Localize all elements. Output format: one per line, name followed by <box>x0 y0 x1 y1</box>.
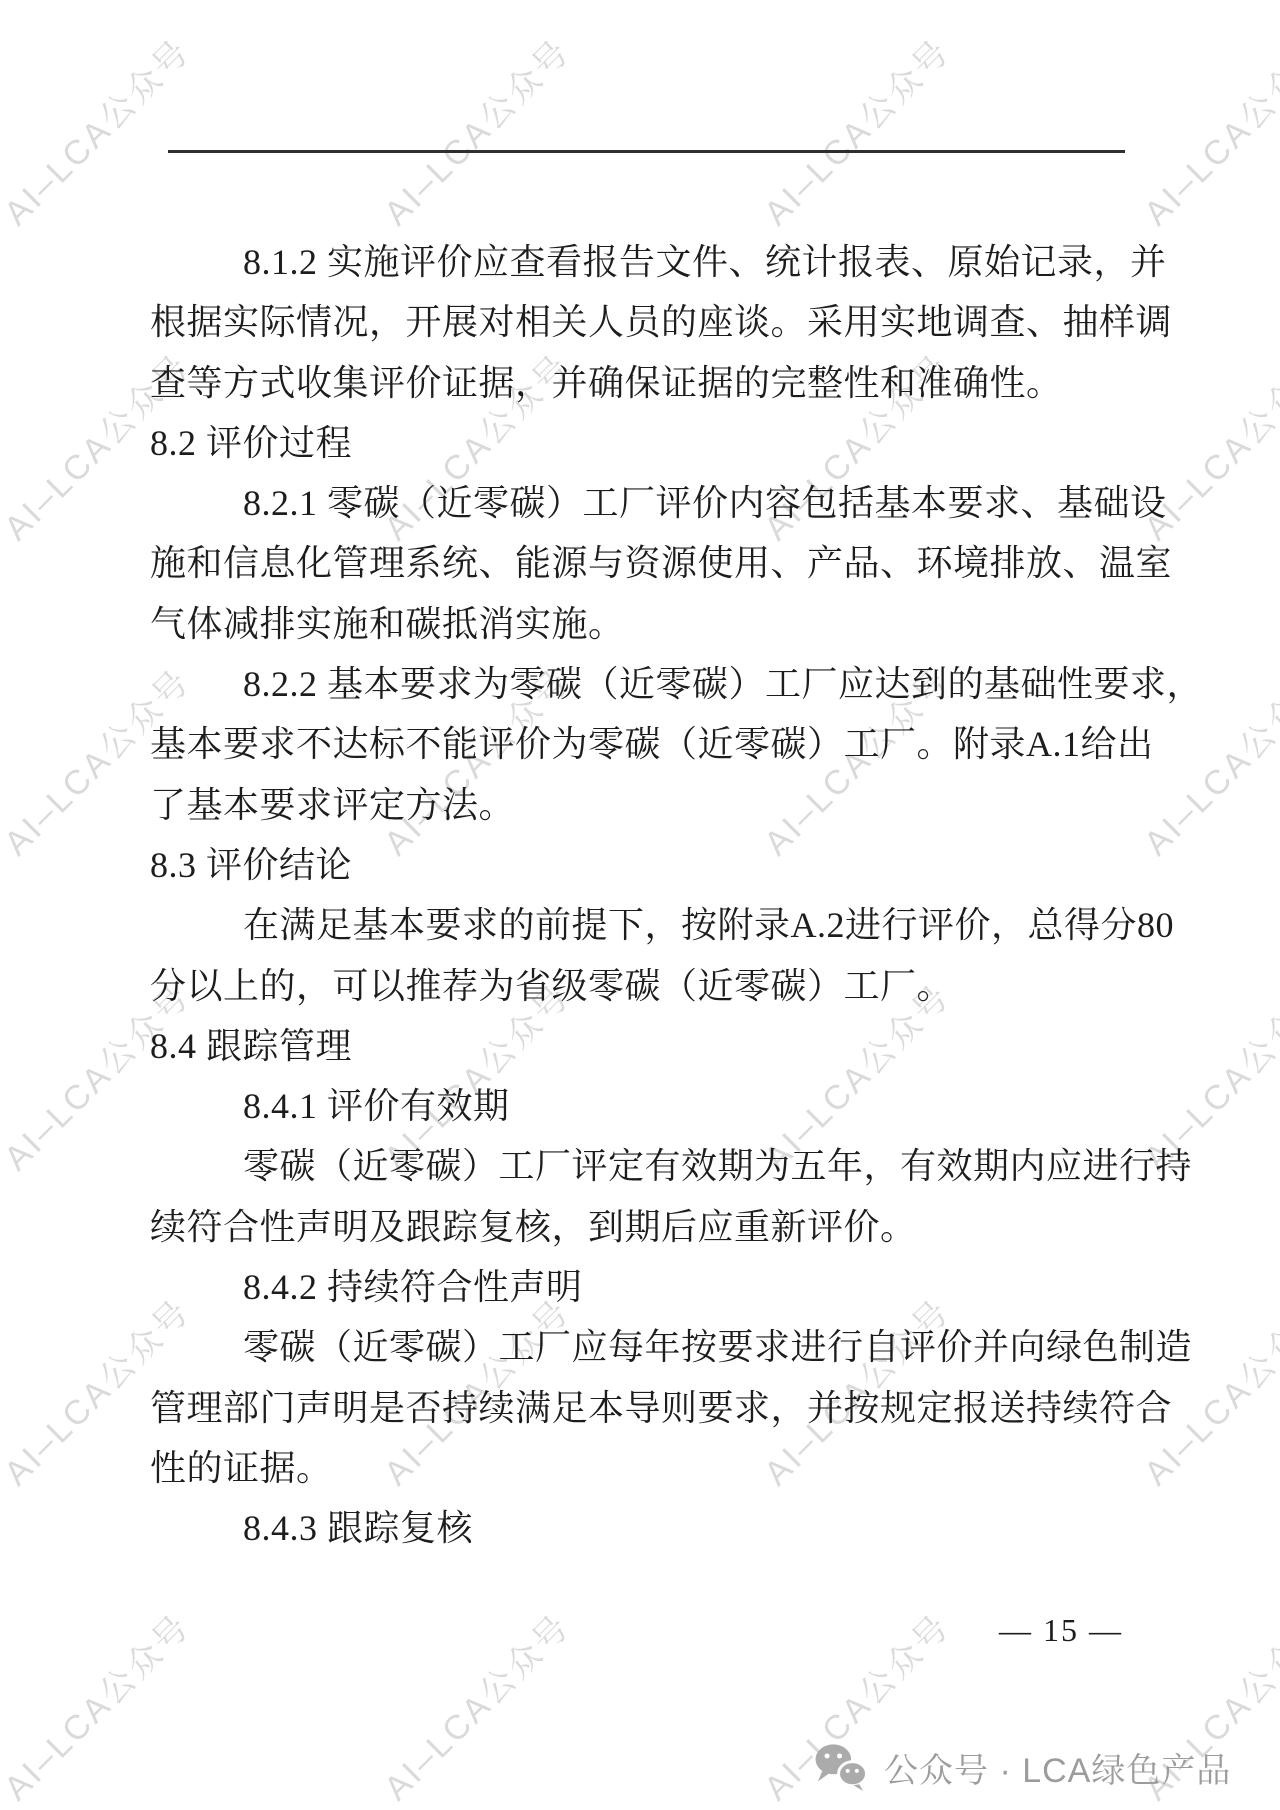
watermark-text: AI–LCA公众号 <box>0 1601 199 1810</box>
text-line: 8.1.2 实施评价应查看报告文件、统计报表、原始记录，并 <box>150 232 1124 292</box>
text-line: 根据实际情况，开展对相关人员的座谈。采用实地调查、抽样调 <box>150 292 1124 352</box>
text-line: 8.4.2 持续符合性声明 <box>150 1257 1124 1317</box>
text-line: 在满足基本要求的前提下，按附录A.2进行评价，总得分80 <box>150 895 1124 955</box>
heading-8-4-3: 8.4.3 跟踪复核 <box>150 1498 1124 1558</box>
para-8-4-1: 零碳（近零碳）工厂评定有效期为五年，有效期内应进行持续符合性声明及跟踪复核，到期… <box>150 1136 1124 1257</box>
text-line: 零碳（近零碳）工厂评定有效期为五年，有效期内应进行持 <box>150 1136 1124 1196</box>
heading-8-4-1: 8.4.1 评价有效期 <box>150 1076 1124 1136</box>
heading-8-4-2: 8.4.2 持续符合性声明 <box>150 1257 1124 1317</box>
text-line: 8.2 评价过程 <box>150 413 1124 473</box>
text-line: 分以上的，可以推荐为省级零碳（近零碳）工厂。 <box>150 956 1124 1016</box>
text-line: 基本要求不达标不能评价为零碳（近零碳）工厂。附录A.1给出 <box>150 714 1124 774</box>
para-8-4-2: 零碳（近零碳）工厂应每年按要求进行自评价并向绿色制造管理部门声明是否持续满足本导… <box>150 1317 1124 1498</box>
text-line: 8.3 评价结论 <box>150 835 1124 895</box>
footer-label: 公众号 · LCA绿色产品 <box>884 1743 1231 1792</box>
text-line: 8.2.1 零碳（近零碳）工厂评价内容包括基本要求、基础设 <box>150 473 1124 533</box>
text-line: 8.4 跟踪管理 <box>150 1016 1124 1076</box>
page-number: — 15 — <box>999 1612 1123 1649</box>
watermark-text: AI–LCA公众号 <box>371 26 580 235</box>
para-8-2-2: 8.2.2 基本要求为零碳（近零碳）工厂应达到的基础性要求，基本要求不达标不能评… <box>150 654 1124 835</box>
text-line: 施和信息化管理系统、能源与资源使用、产品、环境排放、温室 <box>150 533 1124 593</box>
text-line: 查等方式收集评价证据，并确保证据的完整性和准确性。 <box>150 353 1124 413</box>
document-page: AI–LCA公众号AI–LCA公众号AI–LCA公众号AI–LCA公众号AI–L… <box>0 0 1280 1810</box>
text-line: 8.4.3 跟踪复核 <box>150 1498 1124 1558</box>
text-line: 零碳（近零碳）工厂应每年按要求进行自评价并向绿色制造 <box>150 1317 1124 1377</box>
text-line: 性的证据。 <box>150 1438 1124 1498</box>
text-line: 气体减排实施和碳抵消实施。 <box>150 594 1124 654</box>
text-line: 了基本要求评定方法。 <box>150 775 1124 835</box>
text-line: 管理部门声明是否持续满足本导则要求，并按规定报送持续符合 <box>150 1378 1124 1438</box>
watermark-text: AI–LCA公众号 <box>0 26 199 235</box>
document-body: 8.1.2 实施评价应查看报告文件、统计报表、原始记录，并根据实际情况，开展对相… <box>150 232 1124 1559</box>
heading-8-3: 8.3 评价结论 <box>150 835 1124 895</box>
watermark-text: AI–LCA公众号 <box>751 26 960 235</box>
heading-8-2: 8.2 评价过程 <box>150 413 1124 473</box>
heading-8-4: 8.4 跟踪管理 <box>150 1016 1124 1076</box>
wechat-footer: 公众号 · LCA绿色产品 <box>812 1736 1231 1798</box>
wechat-icon <box>812 1742 870 1792</box>
para-8-2-1: 8.2.1 零碳（近零碳）工厂评价内容包括基本要求、基础设施和信息化管理系统、能… <box>150 473 1124 654</box>
watermark-text: AI–LCA公众号 <box>371 1601 580 1810</box>
text-line: 续符合性声明及跟踪复核，到期后应重新评价。 <box>150 1197 1124 1257</box>
text-line: 8.2.2 基本要求为零碳（近零碳）工厂应达到的基础性要求， <box>150 654 1124 714</box>
header-rule <box>168 150 1125 153</box>
watermark-text: AI–LCA公众号 <box>1131 26 1280 235</box>
para-8-1-2: 8.1.2 实施评价应查看报告文件、统计报表、原始记录，并根据实际情况，开展对相… <box>150 232 1124 413</box>
text-line: 8.4.1 评价有效期 <box>150 1076 1124 1136</box>
para-8-3: 在满足基本要求的前提下，按附录A.2进行评价，总得分80分以上的，可以推荐为省级… <box>150 895 1124 1016</box>
